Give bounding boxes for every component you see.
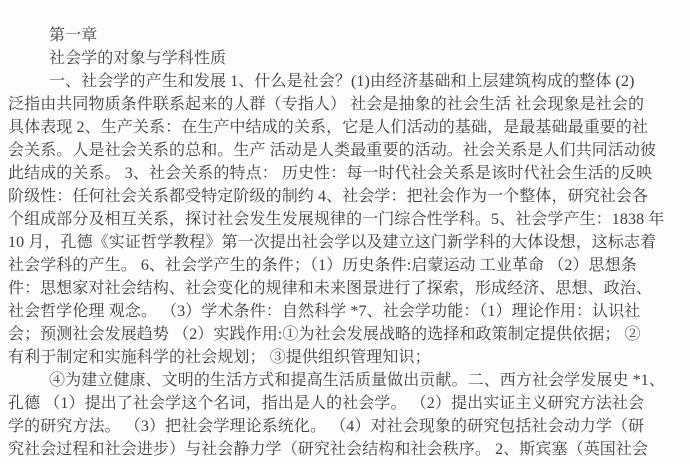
text-line: 究社会过程和社会进步）与社会静力学（研究社会结构和社会秩序。 2、斯宾塞（英国社… [0, 438, 692, 461]
text-line: 孔德 （1）提出了社会学这个名词，指出是人的社会学。 （2）提出实证主义研究方法… [0, 392, 692, 415]
text-line: 社会哲学伦理 观念。 （3）学术条件：自然科学 *7、社会学功能：（1）理论作用… [0, 300, 692, 323]
text-line: 件：思想家对社会结构、社会变化的规律和未来图景进行了探索，形成经济、思想、政治、 [0, 277, 692, 300]
text-line: 一、社会学的产生和发展 1、什么是社会？(1)由经济基础和上层建筑构成的整体 (… [0, 70, 692, 93]
text-line: 社会学科的产生。 6、社会学产生的条件；（1）历史条件:启蒙运动 工业革命 （2… [0, 254, 692, 277]
text-line: 泛指由共同物质条件联系起来的人群（专指人） 社会是抽象的社会生活 社会现象是社会… [0, 93, 692, 116]
text-line: 10 月，孔德《实证哲学教程》第一次提出社会学以及建立这门新学科的大体设想，这标… [0, 231, 692, 254]
text-line: 学的研究方法。 （3）把社会学理论系统化。 （4）对社会现象的研究包括社会动力学… [0, 415, 692, 438]
text-line: ④为建立健康、文明的生活方式和提高生活质量做出贡献。二、西方社会学发展史 *1、 [0, 369, 692, 392]
text-line: 此结成的关系。 3、社会关系的特点： 历史性：每一时代社会关系是该时代社会生活的… [0, 162, 692, 185]
document-page: 第一章社会学的对象与学科性质一、社会学的产生和发展 1、什么是社会？(1)由经济… [0, 0, 692, 466]
document-text-block: 第一章社会学的对象与学科性质一、社会学的产生和发展 1、什么是社会？(1)由经济… [0, 0, 692, 461]
text-line: 第一章 [0, 24, 692, 47]
text-line: 阶级性：任何社会关系都受特定阶级的制约 4、社会学：把社会作为一个整体，研究社会… [0, 185, 692, 208]
text-line: 个组成部分及相互关系，探讨社会发生发展规律的一门综合性学科。5、社会学产生：18… [0, 208, 692, 231]
text-line: 有利于制定和实施科学的社会规划； ③提供组织管理知识； [0, 346, 692, 369]
text-line: 具体表现 2、生产关系：在生产中结成的关系，它是人们活动的基础，是最基础最重要的… [0, 116, 692, 139]
text-line: 社会学的对象与学科性质 [0, 47, 692, 70]
text-line: 会；预测社会发展趋势 （2）实践作用:①为社会发展战略的选择和政策制定提供依据；… [0, 323, 692, 346]
text-line: 会关系。人是社会关系的总和。生产 活动是人类最重要的活动。社会关系是人们共同活动… [0, 139, 692, 162]
